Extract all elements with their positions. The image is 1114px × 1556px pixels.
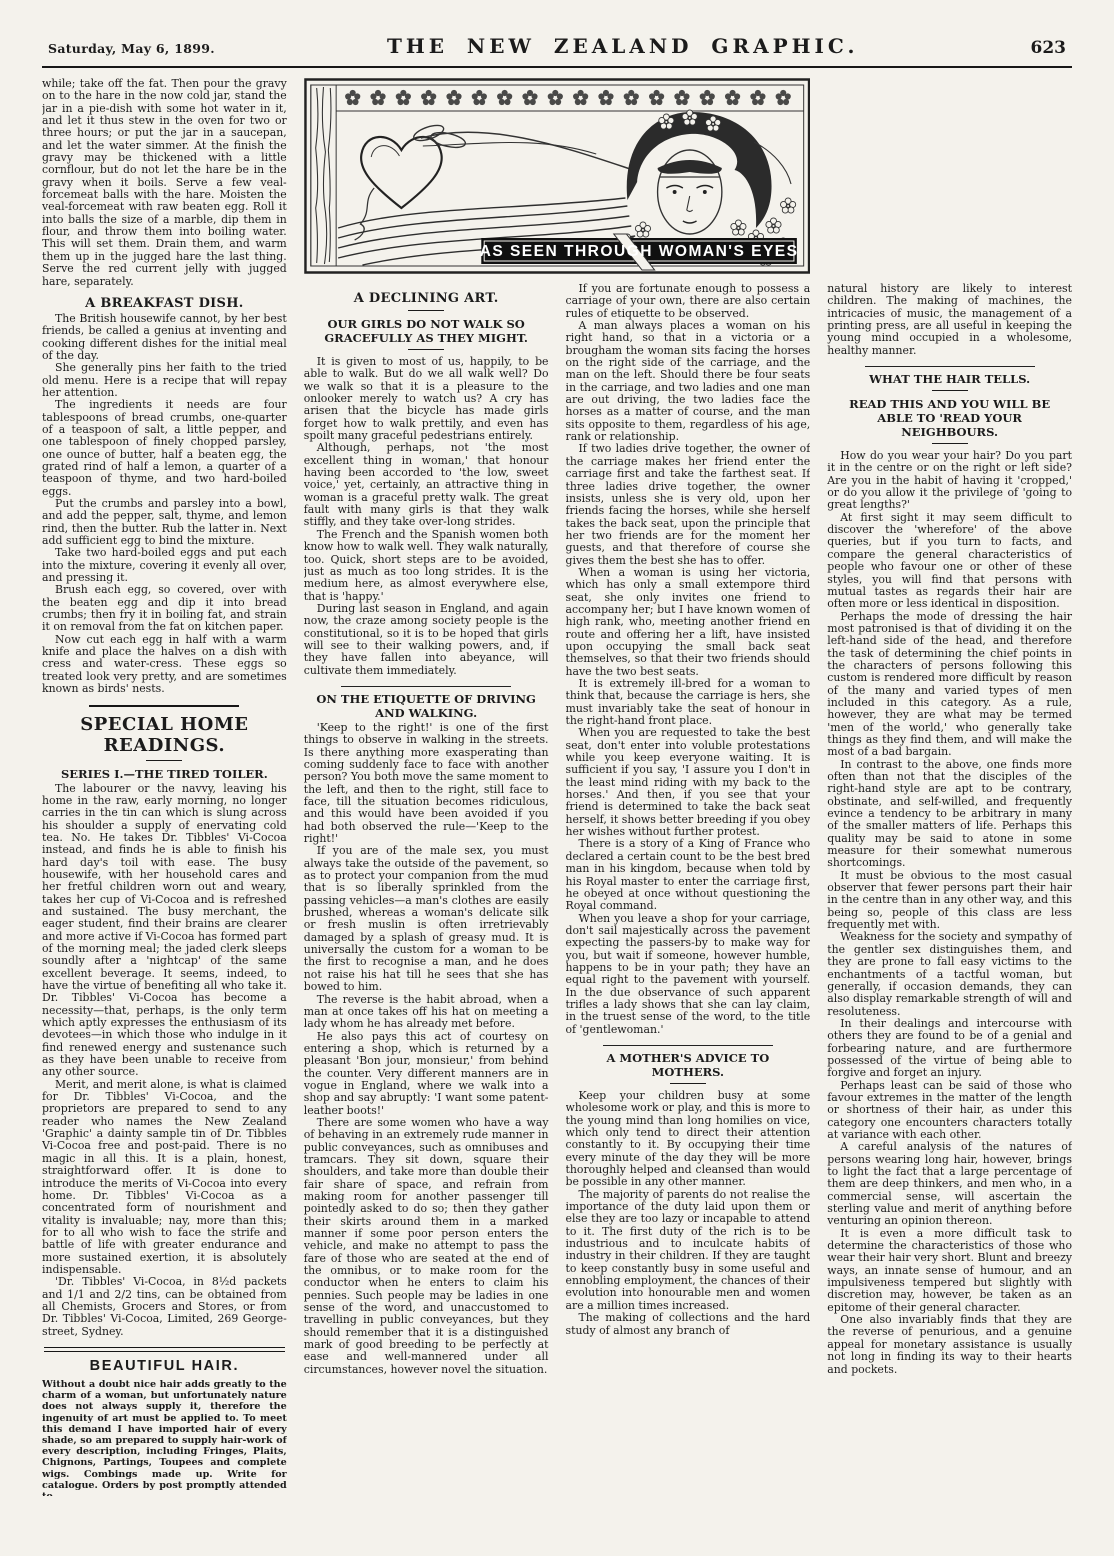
paragraph: A careful analysis of the natures of per…	[827, 1141, 1072, 1227]
masthead-rule	[42, 66, 1072, 68]
page-number: 623	[1031, 38, 1067, 58]
heading-rule	[670, 1083, 706, 1084]
paragraph: The reverse is the habit abroad, when a …	[304, 994, 549, 1031]
article-divider	[603, 1045, 773, 1046]
paragraph: A man always places a woman on his right…	[566, 320, 811, 443]
article-divider	[341, 686, 511, 687]
paragraph: If you are of the male sex, you must alw…	[304, 845, 549, 993]
paragraph: while; take off the fat. Then pour the g…	[42, 78, 287, 288]
paragraph: 'Dr. Tibbles' Vi-Cocoa, in 8½d packets a…	[42, 1276, 287, 1338]
paragraph: How do you wear your hair? Do you part i…	[827, 450, 1072, 512]
banner-illustration: AS SEEN THROUGH WOMAN'S EYES	[304, 78, 811, 283]
column-4: natural history are likely to interest c…	[827, 283, 1072, 1496]
paragraph: It must be obvious to the most casual ob…	[827, 870, 1072, 932]
page-content: while; take off the fat. Then pour the g…	[42, 78, 1072, 1496]
paragraph: During last season in England, and again…	[304, 603, 549, 677]
paragraph: The French and the Spanish women both kn…	[304, 529, 549, 603]
advert-divider	[44, 1347, 285, 1352]
paragraph: 'Keep to the right!' is one of the first…	[304, 722, 549, 845]
section-heading-home-readings: SPECIAL HOME READINGS.	[42, 714, 287, 756]
advert-beautiful-hair: BEAUTIFUL HAIR. Without a doubt nice hai…	[42, 1358, 287, 1496]
paragraph: The making of collections and the hard s…	[566, 1312, 811, 1337]
masthead: Saturday, May 6, 1899. THE NEW ZEALAND G…	[42, 34, 1072, 58]
paper-title: THE NEW ZEALAND GRAPHIC.	[387, 34, 859, 58]
paragraph: Now cut each egg in half with a warm kni…	[42, 634, 287, 696]
article-heading-mothers-advice: A MOTHER'S ADVICE TO MOTHERS.	[570, 1051, 807, 1079]
banner-caption: AS SEEN THROUGH WOMAN'S EYES	[479, 243, 798, 260]
paragraph: Take two hard-boiled eggs and put each i…	[42, 547, 287, 584]
column-1: while; take off the fat. Then pour the g…	[42, 78, 287, 1496]
heading-rule	[932, 390, 968, 391]
paragraph: He also pays this act of courtesy on ent…	[304, 1031, 549, 1117]
paragraph: If two ladies drive together, the owner …	[566, 443, 811, 566]
paragraph: Perhaps the mode of dressing the hair mo…	[827, 611, 1072, 759]
paragraph: Although, perhaps, not 'the most excelle…	[304, 442, 549, 528]
heading-rule	[408, 310, 444, 311]
paragraph: Brush each egg, so covered, over with th…	[42, 584, 287, 633]
heading-rule	[146, 760, 182, 761]
paragraph: Perhaps least can be said of those who f…	[827, 1080, 1072, 1142]
article-divider	[89, 705, 239, 707]
issue-date: Saturday, May 6, 1899.	[48, 41, 215, 56]
paragraph: It is even a more difficult task to dete…	[827, 1228, 1072, 1314]
advert-body: Without a doubt nice hair adds greatly t…	[42, 1379, 287, 1496]
column-3: If you are fortunate enough to possess a…	[566, 283, 811, 1496]
woman-eyes-artwork: AS SEEN THROUGH WOMAN'S EYES	[304, 78, 811, 274]
paragraph: Merit, and merit alone, is what is claim…	[42, 1079, 287, 1277]
article-heading-etiquette: ON THE ETIQUETTE OF DRIVING AND WALKING.	[308, 692, 545, 720]
paragraph: Weakness for the society and sympathy of…	[827, 931, 1072, 1017]
paragraph: Keep your children busy at some wholesom…	[566, 1090, 811, 1189]
newspaper-page: Saturday, May 6, 1899. THE NEW ZEALAND G…	[0, 0, 1114, 1556]
paragraph: It is extremely ill-bred for a woman to …	[566, 678, 811, 727]
paragraph: natural history are likely to interest c…	[827, 283, 1072, 357]
paragraph: She generally pins her faith to the trie…	[42, 362, 287, 399]
paragraph: The labourer or the navvy, leaving his h…	[42, 783, 287, 1079]
heading-rule	[932, 443, 968, 444]
article-divider	[865, 366, 1035, 367]
paragraph: There are some women who have a way of b…	[304, 1117, 549, 1376]
paragraph: One also invariably finds that they are …	[827, 1314, 1072, 1376]
article-heading-declining-art: A DECLINING ART.	[304, 291, 549, 306]
column-2: A DECLINING ART. OUR GIRLS DO NOT WALK S…	[304, 283, 549, 1496]
paragraph: When you are requested to take the best …	[566, 727, 811, 838]
paragraph: There is a story of a King of France who…	[566, 838, 811, 912]
subheading-girls-walk: OUR GIRLS DO NOT WALK SO GRACEFULLY AS T…	[308, 317, 545, 345]
paragraph: The ingredients it needs are four tables…	[42, 399, 287, 498]
article-heading-breakfast-dish: A BREAKFAST DISH.	[42, 296, 287, 311]
subheading-read-your-neighbours: READ THIS AND YOU WILL BE ABLE TO 'READ …	[831, 397, 1068, 439]
advert-heading: BEAUTIFUL HAIR.	[42, 1358, 287, 1374]
heading-rule	[408, 349, 444, 350]
paragraph: If you are fortunate enough to possess a…	[566, 283, 811, 320]
paragraph: When you leave a shop for your carriage,…	[566, 913, 811, 1036]
paragraph: When a woman is using her victoria, whic…	[566, 567, 811, 678]
subheading-tired-toiler: SERIES I.—THE TIRED TOILER.	[46, 767, 283, 781]
paragraph: Put the crumbs and parsley into a bowl, …	[42, 498, 287, 547]
paragraph: In contrast to the above, one finds more…	[827, 759, 1072, 870]
paragraph: The British housewife cannot, by her bes…	[42, 313, 287, 362]
article-heading-hair-tells: WHAT THE HAIR TELLS.	[831, 372, 1068, 386]
paragraph: In their dealings and intercourse with o…	[827, 1018, 1072, 1080]
paragraph: The majority of parents do not realise t…	[566, 1189, 811, 1312]
paragraph: At first sight it may seem difficult to …	[827, 512, 1072, 611]
paragraph: It is given to most of us, happily, to b…	[304, 356, 549, 442]
